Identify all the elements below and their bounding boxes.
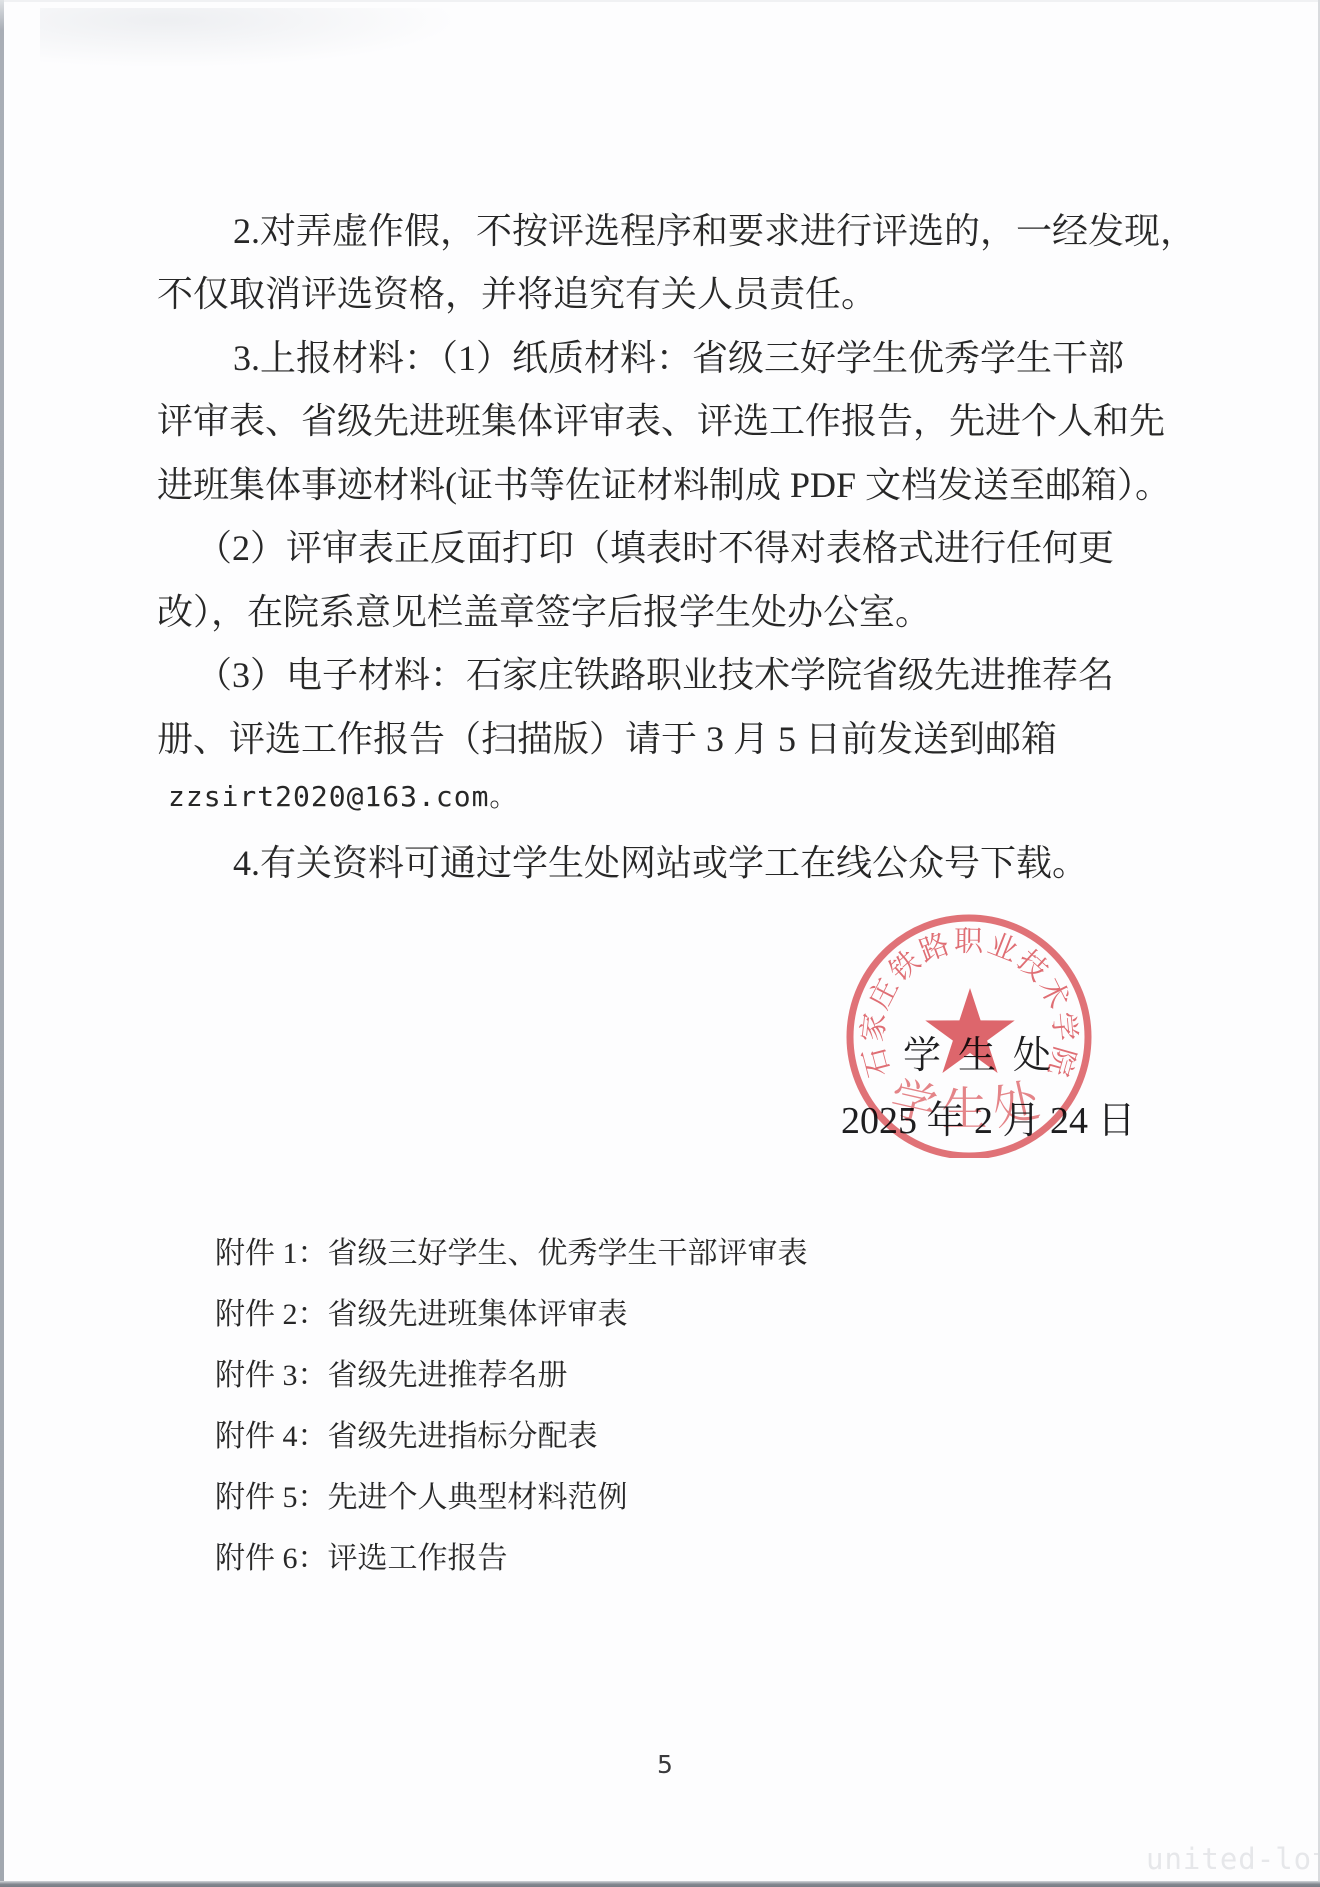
document-line: 4.有关资料可通过学生处网站或学工在线公众号下载。 — [233, 843, 1088, 884]
document-line: 改），在院系意见栏盖章签字后报学生处办公室。 — [157, 592, 931, 633]
attachment-item: 附件 1：省级三好学生、优秀学生干部评审表 — [215, 1228, 808, 1272]
attachment-item: 附件 6：评选工作报告 — [215, 1533, 508, 1577]
attachment-item: 附件 3：省级先进推荐名册 — [215, 1350, 568, 1394]
watermark: united-lot.co — [1146, 1842, 1320, 1876]
scan-edge-bottom — [0, 1881, 1320, 1887]
scan-edge-left — [0, 0, 4, 1887]
scanned-document-page: 2.对弄虚作假，不按评选程序和要求进行评选的，一经发现， 不仅取消评选资格，并将… — [0, 0, 1320, 1887]
document-line: （2）评审表正反面打印（填表时不得对表格式进行任何更 — [196, 528, 1114, 569]
official-seal: 石家庄铁路职业技术学院 学生处 — [846, 912, 1092, 1158]
scan-smudge — [40, 8, 460, 68]
document-line: 册、评选工作报告（扫描版）请于 3 月 5 日前发送到邮箱 — [157, 719, 1057, 760]
seal-department-arc-text: 学生处 — [885, 1073, 1052, 1135]
document-line: （3）电子材料：石家庄铁路职业技术学院省级先进推荐名 — [196, 655, 1114, 696]
scan-edge-top — [0, 0, 1320, 2]
document-line: 2.对弄虚作假，不按评选程序和要求进行评选的，一经发现， — [233, 211, 1196, 252]
star-icon — [925, 988, 1014, 1073]
attachment-item: 附件 2：省级先进班集体评审表 — [215, 1289, 628, 1333]
attachment-item: 附件 4：省级先进指标分配表 — [215, 1411, 598, 1455]
page-number: 5 — [630, 1750, 700, 1779]
document-line: 3.上报材料：（1）纸质材料：省级三好学生优秀学生干部 — [233, 338, 1124, 379]
email-address: zzsirt2020@163.com。 — [168, 781, 518, 813]
document-line: 评审表、省级先进班集体评审表、评选工作报告，先进个人和先 — [157, 401, 1165, 442]
attachment-item: 附件 5：先进个人典型材料范例 — [215, 1472, 628, 1516]
document-line: 不仅取消评选资格，并将追究有关人员责任。 — [157, 274, 877, 315]
document-line: 进班集体事迹材料(证书等佐证材料制成 PDF 文档发送至邮箱）。 — [157, 465, 1171, 506]
